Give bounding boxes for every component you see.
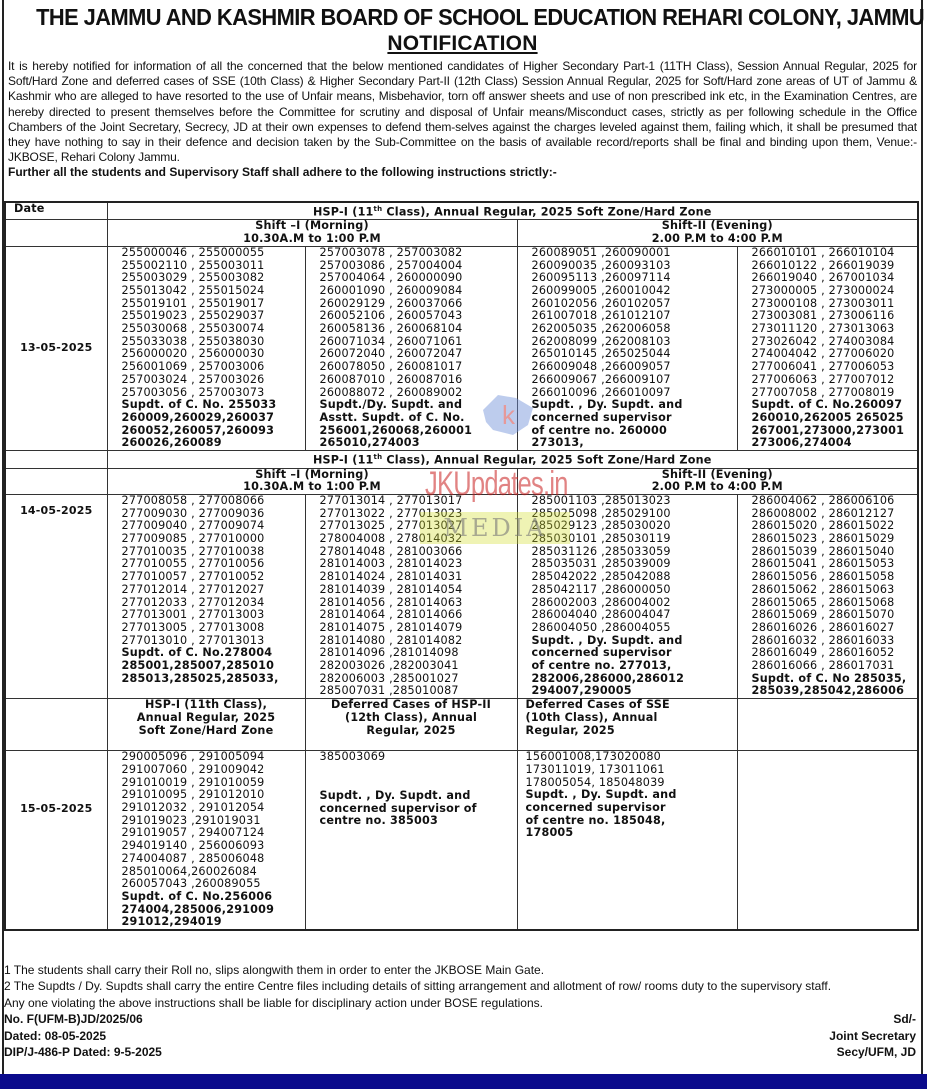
supdt-line: of centre no. 277013, <box>532 660 731 673</box>
roll-number-line: 273011120 , 273013063 <box>752 323 912 336</box>
roll-number-line: 266009067 ,266009107 <box>532 374 731 387</box>
roll-number-line: 255000046 , 255000055 <box>122 247 299 260</box>
instruction-1: 1 The students shall carry their Roll no… <box>4 962 916 978</box>
supdt-line: 260009,260029,260037 <box>122 412 299 425</box>
day1-col4: 266010101 , 266010104266010122 , 2660190… <box>737 246 918 450</box>
roll-number-line: 281014024 , 281014031 <box>320 571 511 584</box>
roll-number-line: 286004062 , 286006106 <box>752 495 912 508</box>
roll-number-line: 277008058 , 277008066 <box>122 495 299 508</box>
roll-number-line: 256001069 , 257003006 <box>122 361 299 374</box>
issue-date: Dated: 08-05-2025 <box>4 1028 106 1044</box>
supdt-line: 291012,294019 <box>122 916 299 929</box>
roll-number-line: 278004008 , 278014032 <box>320 533 511 546</box>
roll-number-line: 286015062 , 286015063 <box>752 584 912 597</box>
roll-number-line: 277006063 , 277007012 <box>752 374 912 387</box>
roll-number-line: 282003026 ,282003041 <box>320 660 511 673</box>
day2-section-title: HSP-I (11th Class), Annual Regular, 2025… <box>107 451 918 468</box>
roll-number-line: 277013014 , 277013017 <box>320 495 511 508</box>
date-header: Date <box>5 202 107 220</box>
roll-number-line: 277006041 , 277006053 <box>752 361 912 374</box>
day2-col3: 285001103 ,285013023285025098 ,285029100… <box>517 494 737 698</box>
roll-number-line: 262005035 ,262006058 <box>532 323 731 336</box>
bottom-bar <box>0 1074 927 1089</box>
roll-number-line: 285042022 ,285042088 <box>532 571 731 584</box>
roll-number-line: 286016026 , 286016027 <box>752 622 912 635</box>
day1-rolls-row: 13-05-2025 255000046 , 25500005525500211… <box>5 246 918 450</box>
day2-shift-row: Shift –I (Morning)10.30A.M to 1:00 P.M S… <box>5 468 918 494</box>
dip-reference: DIP/J-486-P Dated: 9-5-2025 <box>4 1044 162 1060</box>
day3-date: 15-05-2025 <box>5 751 107 930</box>
day3-head2: Deferred Cases of HSP-II(12th Class), An… <box>305 699 517 751</box>
day2-shift2-header: Shift-II (Evening)2.00 P.M to 4:00 P.M <box>517 468 918 494</box>
roll-number-line: 291007060 , 291009042 <box>122 764 299 777</box>
day1-shift1-header: Shift –I (Morning)10.30A.M to 1:00 P.M <box>107 220 517 246</box>
roll-number-line: 285042117 ,286000050 <box>532 584 731 597</box>
roll-number-line: 260089051 ,260090001 <box>532 247 731 260</box>
supdt-line: 265010,274003 <box>320 437 511 450</box>
roll-number-line: 385003069 <box>320 751 511 764</box>
supdt-line: concerned supervisor <box>532 412 731 425</box>
roll-number-line: 290005096 , 291005094 <box>122 751 299 764</box>
day1-shift-row: Shift –I (Morning)10.30A.M to 1:00 P.M S… <box>5 220 918 246</box>
day3-col3: 156001008,173020080173011019, 1730110611… <box>517 751 737 930</box>
roll-number-line: 260001090 , 260009084 <box>320 285 511 298</box>
roll-number-line: 277012014 , 277012027 <box>122 584 299 597</box>
instruction-warning: Any one violating the above instructions… <box>4 995 916 1011</box>
roll-number-line: 156001008,173020080 <box>526 751 731 764</box>
roll-number-line: 255030068 , 255030074 <box>122 323 299 336</box>
day2-date: 14-05-2025 <box>5 494 107 698</box>
roll-number-line: 266009048 ,266009057 <box>532 361 731 374</box>
supdt-line: 285013,285025,285033, <box>122 673 299 686</box>
intro-paragraph: It is hereby notified for information of… <box>4 57 921 165</box>
supdt-line: Asstt. Supdt. of C. No. <box>320 412 511 425</box>
signature-mark: Sd/- <box>893 1011 916 1027</box>
day3-head1: HSP-I (11th Class),Annual Regular, 2025S… <box>107 699 305 751</box>
supdt-line: concerned supervisor <box>526 802 731 815</box>
roll-number-line: 286015023 , 286015029 <box>752 533 912 546</box>
roll-number-line: 277013005 , 277013008 <box>122 622 299 635</box>
supdt-line: 260010,262005 265025 <box>752 412 912 425</box>
supdt-line: 294007,290005 <box>532 685 731 698</box>
day2-title-row: HSP-I (11th Class), Annual Regular, 2025… <box>5 451 918 468</box>
roll-number-line: 257003078 , 257003082 <box>320 247 511 260</box>
roll-number-line: 273000005 , 273000024 <box>752 285 912 298</box>
roll-number-line: 291012032 , 291012054 <box>122 802 299 815</box>
day1-date: 13-05-2025 <box>5 246 107 450</box>
supdt-line: 285001,285007,285010 <box>122 660 299 673</box>
schedule-table: Date HSP-I (11th Class), Annual Regular,… <box>4 201 919 931</box>
day2-col2: 277013014 , 277013017277013022 , 2770130… <box>305 494 517 698</box>
roll-number-line: 285007031 ,285010087 <box>320 685 511 698</box>
roll-number-line: 274004087 , 285006048 <box>122 853 299 866</box>
roll-number-line: 277010057 , 277010052 <box>122 571 299 584</box>
day1-col1: 255000046 , 255000055255002110 , 2550030… <box>107 246 305 450</box>
signatory-designation: Joint Secretary <box>829 1028 916 1044</box>
day1-shift2-header: Shift-II (Evening)2.00 P.M to 4:00 P.M <box>517 220 918 246</box>
instruction-2: 2 The Supdts / Dy. Supdts shall carry th… <box>4 978 916 994</box>
supdt-line: 260026,260089 <box>122 437 299 450</box>
supdt-line: centre no. 385003 <box>320 815 511 828</box>
footer-section: 1 The students shall carry their Roll no… <box>4 962 916 1060</box>
roll-number-line: 285030101 ,285030119 <box>532 533 731 546</box>
roll-number-line: 260087010 , 260087016 <box>320 374 511 387</box>
supdt-line: 273013, <box>532 437 731 450</box>
day1-col3: 260089051 ,260090001260090035 ,260093103… <box>517 246 737 450</box>
roll-number-line: 257003024 , 257003026 <box>122 374 299 387</box>
roll-number-line: 294019140 , 256006093 <box>122 840 299 853</box>
day1-section-title: HSP-I (11th Class), Annual Regular, 2025… <box>107 202 918 220</box>
day2-rolls-row: 14-05-2025 277008058 , 27700806627700903… <box>5 494 918 698</box>
roll-number-line: 286015056 , 286015058 <box>752 571 912 584</box>
supdt-line: Supdt. of C. No.256006 <box>122 891 299 904</box>
day3-col1: 290005096 , 291005094291007060 , 2910090… <box>107 751 305 930</box>
day1-title-row: Date HSP-I (11th Class), Annual Regular,… <box>5 202 918 220</box>
day2-col4: 286004062 , 286006106286008002 , 2860121… <box>737 494 918 698</box>
roll-number-line: 281014075 , 281014079 <box>320 622 511 635</box>
day2-col1: 277008058 , 277008066277009030 , 2770090… <box>107 494 305 698</box>
supdt-line: 285039,285042,286006 <box>752 685 912 698</box>
board-title: THE JAMMU AND KASHMIR BOARD OF SCHOOL ED… <box>36 3 889 31</box>
roll-number-line: 277009085 , 277010000 <box>122 533 299 546</box>
roll-number-line: 285001103 ,285013023 <box>532 495 731 508</box>
notification-heading: NOTIFICATION <box>4 31 921 57</box>
roll-number-line: 255013042 , 255015024 <box>122 285 299 298</box>
signatory-office: Secy/UFM, JD <box>837 1044 916 1060</box>
instruction-lead: Further all the students and Supervisory… <box>4 165 921 180</box>
day1-col2: 257003078 , 257003082257003086 , 2570040… <box>305 246 517 450</box>
day3-head3: Deferred Cases of SSE(10th Class), Annua… <box>517 699 737 751</box>
day3-header-row: HSP-I (11th Class),Annual Regular, 2025S… <box>5 699 918 751</box>
supdt-line: 273006,274004 <box>752 437 912 450</box>
reference-number: No. F(UFM-B)JD/2025/06 <box>4 1011 143 1027</box>
roll-number-line: 286016066 , 286017031 <box>752 660 912 673</box>
supdt-line: 178005 <box>526 827 731 840</box>
roll-number-line: 173011019, 173011061 <box>526 764 731 777</box>
roll-number-line: 281014039 , 281014054 <box>320 584 511 597</box>
day2-shift1-header: Shift –I (Morning)10.30A.M to 1:00 P.M <box>107 468 517 494</box>
roll-number-line: 260099005 ,260010042 <box>532 285 731 298</box>
roll-number-line: 266010101 , 266010104 <box>752 247 912 260</box>
supdt-line: Supdt. , Dy. Supdt. and <box>320 790 511 803</box>
day3-col2: 385003069Supdt. , Dy. Supdt. andconcerne… <box>305 751 517 930</box>
roll-number-line: 260058136 , 260068104 <box>320 323 511 336</box>
roll-number-line: 260078050 , 260081017 <box>320 361 511 374</box>
day3-rolls-row: 15-05-2025 290005096 , 29100509429100706… <box>5 751 918 930</box>
roll-number-line: 286004050 ,286004055 <box>532 622 731 635</box>
